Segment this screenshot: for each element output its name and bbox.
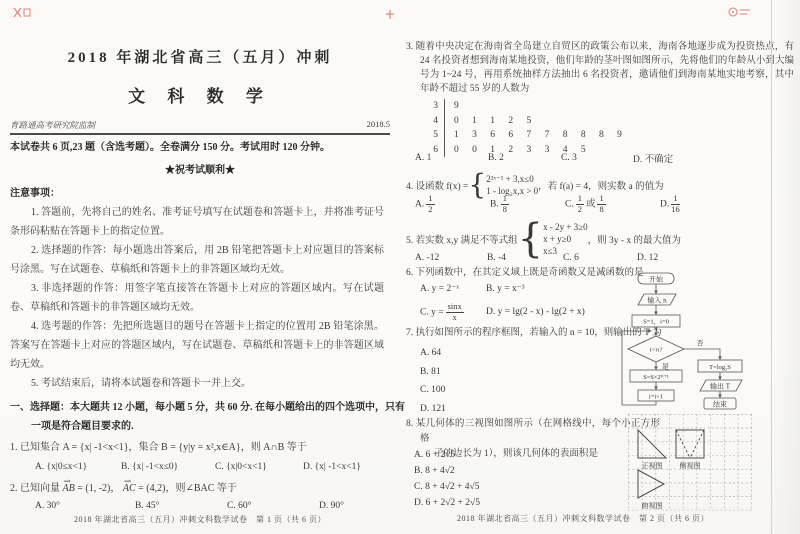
q7-option-a: A. 64 — [420, 344, 446, 363]
flow-init-label: S=1，i=0 — [643, 319, 669, 326]
publisher-label: 育路通高考研究院监制 — [10, 119, 95, 131]
q6-option-d: D. y = lg(2 - x) - lg(2 + x) — [486, 307, 585, 317]
q7-option-b: B. 81 — [420, 363, 446, 382]
q1-option-c: C. {x|0<x<1} — [215, 462, 303, 472]
question-2: 2. 已知向量 ⇀AB = (1, -2)， ⇀AC = (4,2)，则∠BAC… — [10, 481, 390, 497]
flow-loop1-label: S=S×2²ⁱ⁺¹ — [643, 374, 668, 381]
vector-ac: ⇀AC — [123, 481, 136, 497]
q2-option-b: B. 45° — [135, 501, 227, 511]
q6-option-c: C. y =sinxx — [420, 302, 486, 323]
q8-option-c: C. 8 + 4√2 + 4√5 — [414, 479, 480, 495]
vector-ab: ⇀AB — [63, 481, 75, 497]
date-label: 2018.5 — [367, 119, 390, 131]
note-item: 1. 答题前，先将自己的姓名、准考证号填写在试题卷和答题卡上，并将准考证号条形码… — [10, 203, 384, 241]
flow-output-label: 输出 T — [710, 382, 731, 391]
q8-option-a: A. 6 + 2√5 — [414, 447, 480, 463]
question-5-options: A. -12 B. -4 C. 6 D. 12 — [415, 253, 658, 263]
q4-option-a: A.12 — [415, 194, 490, 215]
q3-option-a: A. 1 — [415, 153, 488, 163]
question-1-options: A. {x|0≤x<1} B. {x| -1<x≤0} C. {x|0<x<1}… — [35, 462, 361, 472]
q5-option-d: D. 12 — [637, 253, 658, 263]
q1-option-d: D. {x| -1<x<1} — [303, 462, 361, 472]
vector-arrow-icon: ⇀ — [64, 473, 72, 489]
section-title: 一、选择题：本大题共 12 小题，每小题 5 分，共 60 分. 在每小题给出的… — [10, 398, 405, 436]
blessing-line: ★祝考试顺利★ — [10, 161, 390, 180]
side-view-shape — [676, 430, 704, 458]
flow-end-label: 结束 — [713, 399, 727, 408]
q5-option-b: B. -4 — [487, 253, 563, 263]
question-7-options: A. 64 B. 81 C. 100 D. 121 — [420, 344, 446, 418]
q2-option-c: C. 60° — [227, 501, 319, 511]
note-item: 3. 非选择题的作答：用签字笔直接答在答题卡上对应的答题区域内。写在试题卷、草稿… — [10, 279, 384, 317]
q8-option-d: D. 6 + 2√2 + 2√5 — [414, 495, 480, 511]
flow-no-label: 否 — [697, 340, 704, 348]
q7-option-d: D. 121 — [420, 400, 446, 419]
stem-leaf-row: 5 1 3 6 6 7 7 8 8 8 9 — [422, 128, 622, 143]
question-3-options: A. 1 B. 2 C. 3 D. 不确定 — [415, 151, 673, 165]
q1-option-a: A. {x|0≤x<1} — [35, 462, 121, 472]
question-2-options: A. 30° B. 45° C. 60° D. 90° — [35, 501, 344, 511]
q8-option-b: B. 8 + 4√2 — [414, 463, 480, 479]
q4-option-b: B.18 — [490, 194, 565, 215]
q5-option-a: A. -12 — [415, 253, 487, 263]
q3-option-c: C. 3 — [561, 153, 633, 163]
q4-option-d: D.116 — [660, 194, 682, 215]
question-6-options-row-1: A. y = 2⁻ˣ B. y = x⁻³ — [420, 283, 525, 294]
stem-leaf-plot: 3 9 4 0 1 1 2 5 5 1 3 6 6 7 7 8 8 8 9 6 … — [422, 99, 622, 157]
page-1-footer: 2018 年湖北省高三（五月）冲刺文科数学试卷 第 1 页（共 6 页） — [10, 514, 390, 525]
q1-option-b: B. {x| -1<x≤0} — [121, 462, 215, 472]
flow-condition-label: i<n? — [650, 347, 663, 354]
note-item: 2. 选择题的作答：每小题选出答案后，用 2B 铅笔把答题卡上对应题目的答案标号… — [10, 241, 384, 279]
question-3: 3. 随着中央决定在海南省全岛建立自贸区的政策公布以来，海南各地逐步成为投资热点… — [406, 40, 794, 96]
q7-option-c: C. 100 — [420, 381, 446, 400]
scan-edge-shadow — [772, 0, 800, 534]
program-flowchart: 开始 输入 n S=1，i=0 i<n? 否 是 S=S×2²ⁱ⁺¹ i=i+1… — [618, 272, 768, 412]
q5-option-c: C. 6 — [563, 253, 637, 263]
q2-option-a: A. 30° — [35, 501, 135, 511]
side-view-label: 侧视图 — [680, 461, 701, 470]
q6-option-a: A. y = 2⁻ˣ — [420, 283, 486, 294]
exam-page-2: 3. 随着中央决定在海南省全岛建立自贸区的政策公布以来，海南各地逐步成为投资热点… — [398, 0, 796, 534]
q2-option-d: D. 90° — [319, 501, 344, 511]
page-2-footer: 2018 年湖北省高三（五月）冲刺文科数学试卷 第 2 页（共 6 页） — [398, 513, 768, 524]
stem-leaf-row: 4 0 1 1 2 5 — [422, 114, 622, 129]
page-title: 2018 年湖北省高三（五月）冲刺 — [10, 46, 390, 67]
exam-info: 本试卷共 6 页,23 题（含选考题）。全卷满分 150 分。考试用时 120 … — [10, 139, 390, 156]
header-rule — [10, 133, 390, 135]
question-1: 1. 已知集合 A = {x| -1<x<1}，集合 B = {y|y = x²… — [10, 440, 390, 456]
q3-option-d: D. 不确定 — [633, 151, 673, 165]
flow-loop2-label: i=i+1 — [649, 393, 663, 400]
stem-leaf-row: 3 9 — [422, 99, 622, 114]
question-6-options-row-2: C. y =sinxx D. y = lg(2 - x) - lg(2 + x) — [420, 302, 585, 323]
three-view-diagram: 正视图 侧视图 俯视图 — [628, 414, 754, 511]
vector-arrow-icon: ⇀ — [124, 473, 132, 489]
top-view-label: 俯视图 — [642, 501, 663, 510]
flow-calc-label: T=log₂S — [709, 364, 731, 371]
note-item: 4. 选考题的作答：先把所选题目的题号在答题卡上指定的位置用 2B 铅笔涂黑。答… — [10, 317, 384, 374]
q4-option-c: C.12或18 — [565, 194, 660, 215]
exam-page-1: 2018 年湖北省高三（五月）冲刺 文 科 数 学 育路通高考研究院监制 201… — [10, 0, 390, 534]
flow-yes-label: 是 — [662, 362, 669, 371]
scanned-exam-sheet: 2018 年湖北省高三（五月）冲刺 文 科 数 学 育路通高考研究院监制 201… — [0, 0, 800, 534]
question-8-options: A. 6 + 2√5 B. 8 + 4√2 C. 8 + 4√2 + 4√5 D… — [414, 447, 480, 511]
notes-title: 注意事项： — [10, 184, 390, 203]
q3-option-b: B. 2 — [488, 153, 561, 163]
front-view-label: 正视图 — [642, 461, 663, 470]
flow-input-label: 输入 n — [647, 296, 667, 305]
subject-title: 文 科 数 学 — [10, 82, 390, 107]
q6-option-b: B. y = x⁻³ — [486, 283, 525, 294]
note-item: 5. 考试结束后，请将本试题卷和答题卡一并上交。 — [10, 374, 384, 393]
flow-start-label: 开始 — [649, 275, 664, 284]
question-4-options: A.12 B.18 C.12或18 D.116 — [415, 194, 682, 215]
